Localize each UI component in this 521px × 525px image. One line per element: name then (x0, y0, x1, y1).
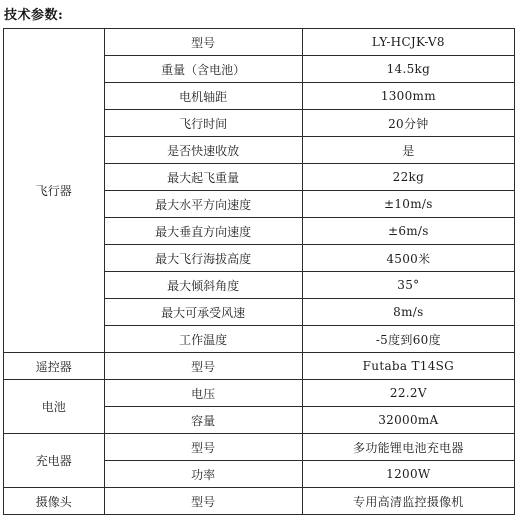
category-cell-battery: 电池 (4, 380, 105, 434)
value-cell: 8m/s (302, 299, 514, 326)
param-cell: 最大垂直方向速度 (104, 218, 302, 245)
value-cell: 22.2V (302, 380, 514, 407)
category-cell-charger: 充电器 (4, 434, 105, 488)
value-cell: 32000mA (302, 407, 514, 434)
param-cell: 型号 (104, 353, 302, 380)
param-cell: 型号 (104, 434, 302, 461)
param-cell: 型号 (104, 29, 302, 56)
param-cell: 电压 (104, 380, 302, 407)
param-cell: 最大可承受风速 (104, 299, 302, 326)
param-cell: 最大水平方向速度 (104, 191, 302, 218)
value-cell: 4500米 (302, 245, 514, 272)
value-cell: 35° (302, 272, 514, 299)
page: 技术参数: 飞行器 型号 LY-HCJK-V8 重量（含电池） 14.5kg 电… (0, 0, 521, 515)
value-cell: -5度到60度 (302, 326, 514, 353)
param-cell: 型号 (104, 488, 302, 515)
param-cell: 容量 (104, 407, 302, 434)
category-cell-camera: 摄像头 (4, 488, 105, 515)
param-cell: 是否快速收放 (104, 137, 302, 164)
param-cell: 飞行时间 (104, 110, 302, 137)
table-row: 摄像头 型号 专用高清监控摄像机 (4, 488, 515, 515)
value-cell: 1300mm (302, 83, 514, 110)
table-row: 飞行器 型号 LY-HCJK-V8 (4, 29, 515, 56)
value-cell: 是 (302, 137, 514, 164)
value-cell: 14.5kg (302, 56, 514, 83)
value-cell: Futaba T14SG (302, 353, 514, 380)
value-cell: 20分钟 (302, 110, 514, 137)
spec-table: 飞行器 型号 LY-HCJK-V8 重量（含电池） 14.5kg 电机轴距 13… (3, 28, 515, 515)
category-cell-remote: 遥控器 (4, 353, 105, 380)
param-cell: 最大飞行海拔高度 (104, 245, 302, 272)
value-cell: 1200W (302, 461, 514, 488)
value-cell: ±10m/s (302, 191, 514, 218)
value-cell: 多功能锂电池充电器 (302, 434, 514, 461)
param-cell: 最大起飞重量 (104, 164, 302, 191)
param-cell: 最大倾斜角度 (104, 272, 302, 299)
page-title: 技术参数: (4, 4, 521, 23)
param-cell: 重量（含电池） (104, 56, 302, 83)
table-row: 遥控器 型号 Futaba T14SG (4, 353, 515, 380)
param-cell: 功率 (104, 461, 302, 488)
param-cell: 工作温度 (104, 326, 302, 353)
value-cell: 22kg (302, 164, 514, 191)
table-row: 电池 电压 22.2V (4, 380, 515, 407)
param-cell: 电机轴距 (104, 83, 302, 110)
category-cell-aircraft: 飞行器 (4, 29, 105, 353)
value-cell: LY-HCJK-V8 (302, 29, 514, 56)
value-cell: ±6m/s (302, 218, 514, 245)
table-row: 充电器 型号 多功能锂电池充电器 (4, 434, 515, 461)
value-cell: 专用高清监控摄像机 (302, 488, 514, 515)
